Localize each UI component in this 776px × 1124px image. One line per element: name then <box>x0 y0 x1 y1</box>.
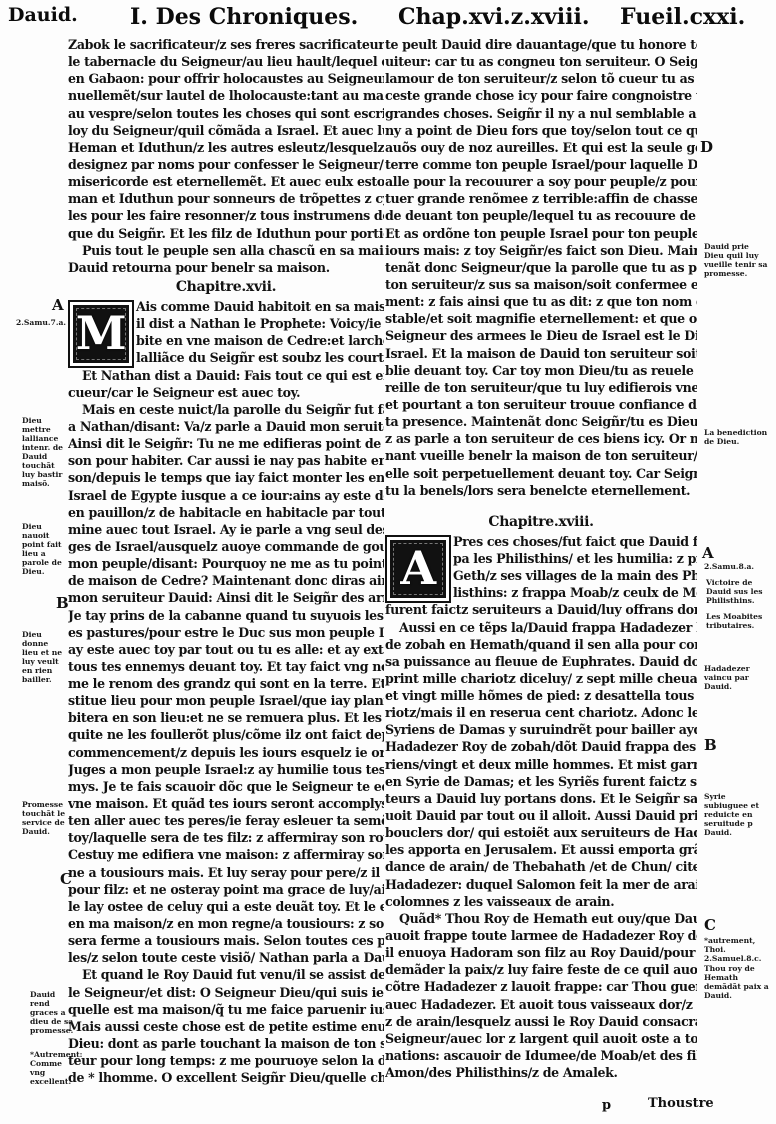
margin-note: Hadadezer vaincu par Dauid. <box>704 664 770 691</box>
text-line: blie deuant toy. Car toy mon Dieu/tu as … <box>385 362 697 379</box>
text-line: ton seruiteur/z sus sa maison/soit confe… <box>385 276 697 293</box>
text-line: dance de arain/ de Thebahath /et de Chun… <box>385 858 697 875</box>
text-line: grandes choses. Seigñr il ny a nul sembl… <box>385 105 697 122</box>
text-line: Je tay prins de la cabanne quand tu suyu… <box>68 607 384 624</box>
decorated-initial-m: M <box>68 300 134 368</box>
text-line: mon seruiteur Dauid: Ainsi dit le Seigñr… <box>68 589 384 606</box>
left-paragraph-top: Zabok le sacrificateur/z ses freres sacr… <box>68 36 384 276</box>
text-line: stitue lieu pour mon peuple Israel/que i… <box>68 692 384 709</box>
text-line: de * lhomme. O excellent Seigñr Dieu/que… <box>68 1069 384 1086</box>
right-paragraph-top: te peult Dauid dire dauantage/que tu hon… <box>385 36 697 499</box>
text-line: teur pour long temps: z me pouruoye selo… <box>68 1052 384 1069</box>
right-text-column: te peult Dauid dire dauantage/que tu hon… <box>385 36 697 1081</box>
text-line: auoit frappe toute larmee de Hadadezer R… <box>385 927 697 944</box>
text-line: le tabernacle du Seigneur/au lieu hault/… <box>68 53 384 70</box>
drop-cap-paragraph: M Ais comme Dauid habitoit en sa maison/… <box>68 298 384 367</box>
text-line: man et Iduthun pour sonneurs de trõpette… <box>68 190 384 207</box>
text-line: me le renom des grandz qui sont en la te… <box>68 675 384 692</box>
left-paragraph-bottom: Et Nathan dist a Dauid: Fais tout ce qui… <box>68 367 384 1087</box>
text-line: de zobah en Hemath/quand il sen alla pou… <box>385 636 697 653</box>
signature-mark: p <box>602 1098 611 1113</box>
text-line: misericorde est eternellemẽt. Et auec eu… <box>68 173 384 190</box>
text-line: Aussi en ce tẽps la/Dauid frappa Hadadez… <box>385 619 697 636</box>
chapter-range: Chap.xvi.z.xviii. <box>398 4 590 30</box>
text-line: au vespre/selon toutes les choses qui so… <box>68 105 384 122</box>
margin-letter-a-right: A <box>702 544 714 562</box>
text-line: de deuant ton peuple/lequel tu as recouu… <box>385 207 697 224</box>
text-line: te peult Dauid dire dauantage/que tu hon… <box>385 36 697 53</box>
left-text-column: Zabok le sacrificateur/z ses freres sacr… <box>68 36 384 1086</box>
decorated-initial-a: A <box>385 535 451 603</box>
text-line: uoit Dauid par tout ou il alloit. Aussi … <box>385 807 697 824</box>
text-line: quelle est ma maison/q̃ tu me faice paru… <box>68 1001 384 1018</box>
margin-note: Promesse touchãt le service de Dauid. <box>22 800 66 836</box>
text-line: furent faictz seruiteurs a Dauid/luy off… <box>385 601 697 618</box>
text-line: Mais en ceste nuict/la parolle du Seigñr… <box>68 401 384 418</box>
text-line: les pour les faire resonner/z tous instr… <box>68 207 384 224</box>
text-line: Et as ordõne ton peuple Israel pour ton … <box>385 225 697 242</box>
text-line: Ainsi dit le Seigñr: Tu ne me edifieras … <box>68 435 384 452</box>
text-line: Puis tout le peuple sen alla chascũ en s… <box>68 242 384 259</box>
text-line: bitera en son lieu:et ne se remuera plus… <box>68 709 384 726</box>
margin-note: Thou roy de Hemath demãdãt paix a Dauid. <box>704 964 770 1000</box>
catchword: Thoustre <box>648 1096 714 1111</box>
text-line: Et quand le Roy Dauid fut venu/il se ass… <box>68 966 384 983</box>
text-line: en ma maison/z en mon regne/a tousiours:… <box>68 915 384 932</box>
text-line: Hadadezer: duquel Salomon feit la mer de… <box>385 876 697 893</box>
text-line: tuer grande renõmee z terrible:affin de … <box>385 190 697 207</box>
text-line: Heman et Iduthun/z les autres esleutz/le… <box>68 139 384 156</box>
text-line: nuellemẽt/sur lautel de lholocauste:tant… <box>68 87 384 104</box>
text-line: ceste grande chose icy pour faire congno… <box>385 87 697 104</box>
text-line: Dieu: dont as parle touchant la maison d… <box>68 1035 384 1052</box>
right-paragraph-bottom: furent faictz seruiteurs a Dauid/luy off… <box>385 601 697 1081</box>
margin-letter-b-right: B <box>704 736 717 754</box>
text-line: et pourtant a ton seruiteur trouue confi… <box>385 396 697 413</box>
chapter-heading-xviii: Chapitre.xviii. <box>385 511 697 533</box>
text-line: le lay ostee de celuy qui a este deuãt t… <box>68 898 384 915</box>
text-line: ta presence. Maintenãt donc Seigñr/tu es… <box>385 413 697 430</box>
running-head-left: Dauid. <box>8 4 78 26</box>
text-line: et vingt mille hõmes de pied: z desattel… <box>385 687 697 704</box>
text-line: de maison de Cedre? Maintenant donc dira… <box>68 572 384 589</box>
text-line: Syriens de Damas y suruindrẽt pour baill… <box>385 721 697 738</box>
text-line: Seigneur des armees le Dieu de Israel es… <box>385 327 697 344</box>
text-line: en pauillon/z de habitacle en habitacle … <box>68 504 384 521</box>
text-line: Juges a mon peuple Israel:z ay humilie t… <box>68 761 384 778</box>
text-line: ny a point de Dieu fors que toy/selon to… <box>385 122 697 139</box>
text-line: tous tes ennemys deuant toy. Et tay faic… <box>68 658 384 675</box>
text-line: quite ne les foullerõt plus/cõme ilz ont… <box>68 726 384 743</box>
initial-ornament <box>393 543 443 595</box>
margin-note: Dieu nauoit point fait lieu a parole de … <box>22 522 66 576</box>
text-line: sera ferme a tousiours mais. Selon toute… <box>68 932 384 949</box>
text-line: en Gabaon: pour offrir holocaustes au Se… <box>68 70 384 87</box>
margin-note: La benediction de Dieu. <box>704 428 770 446</box>
text-line: auec Hadadezer. Et auoit tous vaisseaux … <box>385 996 697 1013</box>
text-line: Amon/des Philisthins/z de Amalek. <box>385 1064 697 1081</box>
text-line: les apporta en Jerusalem. Et aussi empor… <box>385 841 697 858</box>
text-line: cueur/car le Seigneur est auec toy. <box>68 384 384 401</box>
text-line: es pastures/pour estre le Duc sus mon pe… <box>68 624 384 641</box>
text-line: Mais aussi ceste chose est de petite est… <box>68 1018 384 1035</box>
text-line: z de arain/lesquelz aussi le Roy Dauid c… <box>385 1013 697 1030</box>
text-line: teurs a Dauid luy portans dons. Et le Se… <box>385 790 697 807</box>
text-line: demãder la paix/z luy faire feste de ce … <box>385 961 697 978</box>
text-line: les/z selon toute ceste visiõ/ Nathan pa… <box>68 949 384 966</box>
text-line: alle pour la recouurer a soy pour peuple… <box>385 173 697 190</box>
text-line: Cestuy me edifiera vne maison: z affermi… <box>68 846 384 863</box>
margin-letter-c: C <box>60 870 72 888</box>
folio-number: Fueil.cxxi. <box>620 4 745 30</box>
drop-cap-paragraph: A Pres ces choses/fut faict que Dauid fr… <box>385 533 697 602</box>
text-line: sa puissance au fleuue de Euphrates. Dau… <box>385 653 697 670</box>
text-line: designez par noms pour confesser le Seig… <box>68 156 384 173</box>
text-line: tu la benels/lors sera benelcte eternell… <box>385 482 697 499</box>
text-line: en Syrie de Damas; et les Syriẽs furent … <box>385 773 697 790</box>
margin-note: Victoire de Dauid sus les Philisthins. <box>706 578 772 605</box>
text-line: Dauid retourna pour benelr sa maison. <box>68 259 384 276</box>
text-line: ges de Israel/ausquelz auoye commande de… <box>68 538 384 555</box>
initial-ornament <box>76 308 126 360</box>
margin-letter-a: A <box>52 296 64 314</box>
text-line: Israel. Et la maison de Dauid ton seruit… <box>385 345 697 362</box>
book-title: I. Des Chroniques. <box>130 4 358 30</box>
text-line: cõtre Hadadezer z lauoit frappe: car Tho… <box>385 978 697 995</box>
text-line: riotz/mais il en reserua cent chariotz. … <box>385 704 697 721</box>
margin-letter-c-right: C <box>704 916 716 934</box>
text-line: uiteur: car tu as congneu ton seruiteur.… <box>385 53 697 70</box>
text-line: iours mais: z toy Seigñr/es faict son Di… <box>385 242 697 259</box>
text-line: ne a tousiours mais. Et luy seray pour p… <box>68 864 384 881</box>
text-line: stable/et soit magnifie eternellement: e… <box>385 310 697 327</box>
text-line: reille de ton seruiteur/que tu luy edifi… <box>385 379 697 396</box>
margin-note: Dauid rend graces a dieu de sa promesse. <box>30 990 74 1035</box>
text-line: colomnes z les vaisseaux de arain. <box>385 893 697 910</box>
text-line: Seigneur/auec lor z largent quil auoit o… <box>385 1030 697 1047</box>
text-line: son/depuis le temps que iay faict monter… <box>68 469 384 486</box>
text-line: que du Seigñr. Et les filz de Iduthun po… <box>68 225 384 242</box>
text-line: nant vueille benelr la maison de ton ser… <box>385 447 697 464</box>
text-line: Zabok le sacrificateur/z ses freres sacr… <box>68 36 384 53</box>
text-line: nations: ascauoir de Idumee/de Moab/et d… <box>385 1047 697 1064</box>
text-line: il enuoya Hadoram son filz au Roy Dauid/… <box>385 944 697 961</box>
text-line: bouclers dor/ qui estoiẽt aux seruiteurs… <box>385 824 697 841</box>
text-line: riens/vingt et deux mille hommes. Et mis… <box>385 756 697 773</box>
text-line: mine auec tout Israel. Ay ie parle a vng… <box>68 521 384 538</box>
margin-letter-d: D <box>700 138 713 156</box>
text-line: terre comme ton peuple Israel/pour laque… <box>385 156 697 173</box>
text-line: a Nathan/disant: Va/z parle a Dauid mon … <box>68 418 384 435</box>
margin-note-footnote: *Autrement: Comme vng excellent. <box>30 1050 74 1086</box>
text-line: mon peuple/disant: Pourquoy ne me as tu … <box>68 555 384 572</box>
margin-letter-b: B <box>56 594 69 612</box>
text-line: lamour de ton seruiteur/z selon tõ cueur… <box>385 70 697 87</box>
text-line: ten aller auec tes peres/ie feray esleue… <box>68 812 384 829</box>
text-line: Quãd* Thou Roy de Hemath eut ouy/que Dau… <box>385 910 697 927</box>
text-line: loy du Seigneur/quil cõmãda a Israel. Et… <box>68 122 384 139</box>
text-line: tenãt donc Seigneur/que la parolle que t… <box>385 259 697 276</box>
scanned-page: Dauid. I. Des Chroniques. Chap.xvi.z.xvi… <box>0 0 776 1124</box>
text-line: commencement/z depuis les iours esquelz … <box>68 744 384 761</box>
margin-note-reference: 2.Samu.7.a. <box>16 318 66 327</box>
text-line: ment: z fais ainsi que tu as dit: z que … <box>385 293 697 310</box>
text-line: pour filz: et ne osteray point ma grace … <box>68 881 384 898</box>
chapter-heading-xvii: Chapitre.xvii. <box>68 276 384 298</box>
text-line: print mille chariotz diceluy/ z sept mil… <box>385 670 697 687</box>
margin-note: Dieu mettre lalliance intenr. de Dauid t… <box>22 416 66 488</box>
margin-note-footnote: *autrement, Thoi. 2.Samuel.8.c. <box>704 936 770 963</box>
text-line: ay este auec toy par tout ou tu es alle:… <box>68 641 384 658</box>
text-line: z as parle a ton seruiteur de ces biens … <box>385 430 697 447</box>
text-line: auõs ouy de noz aureilles. Et qui est la… <box>385 139 697 156</box>
margin-note: Les Moabites tributaires. <box>706 612 772 630</box>
margin-note: Dauid prie Dieu quil luy vueille tenir s… <box>704 242 770 278</box>
margin-note-reference: 2.Samu.8.a. <box>704 562 770 571</box>
text-line: Et Nathan dist a Dauid: Fais tout ce qui… <box>68 367 384 384</box>
text-line: mys. Je te fais scauoir dõc que le Seign… <box>68 778 384 795</box>
text-line: elle soit perpetuellement deuant toy. Ca… <box>385 465 697 482</box>
text-line: toy/laquelle sera de tes filz: z affermi… <box>68 829 384 846</box>
text-line: le Seigneur/et dist: O Seigneur Dieu/qui… <box>68 984 384 1001</box>
text-line: Israel de Egypte iusque a ce iour:ains a… <box>68 487 384 504</box>
text-line: son pour habiter. Car aussi ie nay pas h… <box>68 452 384 469</box>
margin-note: Dieu donne lieu et ne luy veult en rien … <box>22 630 66 684</box>
margin-note: Syrie subiuguee et reduicte en seruitude… <box>704 792 770 837</box>
text-line: Hadadezer Roy de zobah/dõt Dauid frappa … <box>385 738 697 755</box>
text-line: vne maison. Et quãd tes iours seront acc… <box>68 795 384 812</box>
